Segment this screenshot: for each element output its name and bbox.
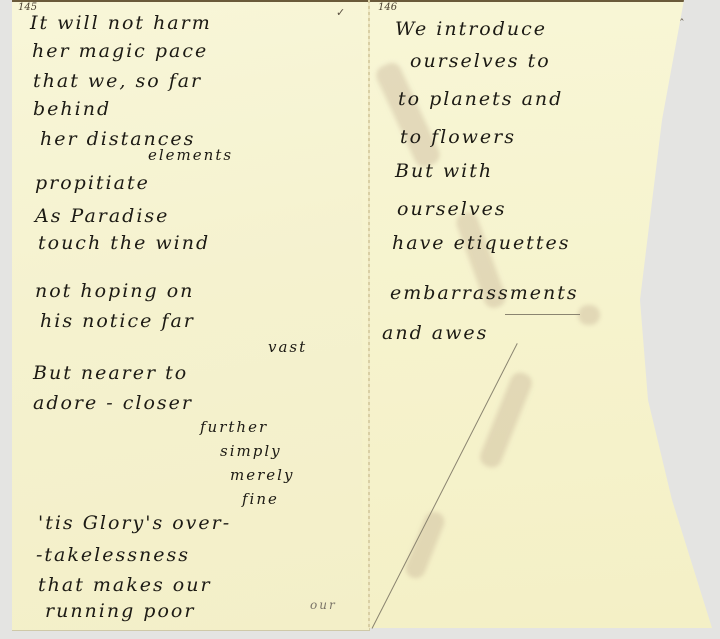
manuscript-line: -takelessness	[36, 544, 190, 566]
manuscript-line: and awes	[382, 322, 488, 344]
manuscript-line: not hoping on	[35, 280, 194, 302]
manuscript-line: that we, so far	[33, 70, 202, 92]
manuscript-line: to flowers	[400, 126, 516, 148]
pencil-mark: ‸	[680, 8, 684, 21]
manuscript-line: vast	[268, 338, 307, 356]
manuscript-line: his notice far	[40, 310, 195, 332]
manuscript-line: simply	[220, 442, 282, 460]
manuscript-line: 'tis Glory's over-	[38, 512, 231, 534]
fold-line	[368, 0, 370, 628]
manuscript-line: We introduce	[395, 18, 547, 40]
manuscript-line: touch the wind	[38, 232, 210, 254]
manuscript-line: that makes our	[38, 574, 212, 596]
pencil-annotation: our	[310, 598, 337, 612]
manuscript-line: But nearer to	[33, 362, 188, 384]
page-number-right: 146	[378, 2, 397, 13]
manuscript-line: behind	[33, 98, 111, 120]
manuscript-line: As Paradise	[35, 205, 169, 227]
pencil-cut-line	[505, 314, 580, 315]
manuscript-line: merely	[230, 466, 294, 484]
manuscript-line: elements	[148, 146, 233, 164]
manuscript-line: have etiquettes	[392, 232, 570, 254]
manuscript-line: embarrassments	[390, 282, 579, 304]
manuscript-line: It will not harm	[30, 12, 212, 34]
manuscript-line: propitiate	[35, 172, 150, 194]
manuscript-line: ourselves to	[410, 50, 551, 72]
manuscript-sheet: 145 ✓ It will not harm her magic pace th…	[0, 0, 720, 639]
manuscript-line: adore - closer	[33, 392, 193, 414]
check-mark: ✓	[336, 6, 345, 19]
stain	[578, 305, 600, 325]
manuscript-line: fine	[242, 490, 279, 508]
manuscript-line: running poor	[45, 600, 195, 622]
manuscript-line: to planets and	[398, 88, 563, 110]
manuscript-line: her magic pace	[32, 40, 208, 62]
manuscript-line: But with	[395, 160, 493, 182]
manuscript-line: further	[200, 418, 268, 436]
manuscript-line: ourselves	[397, 198, 507, 220]
